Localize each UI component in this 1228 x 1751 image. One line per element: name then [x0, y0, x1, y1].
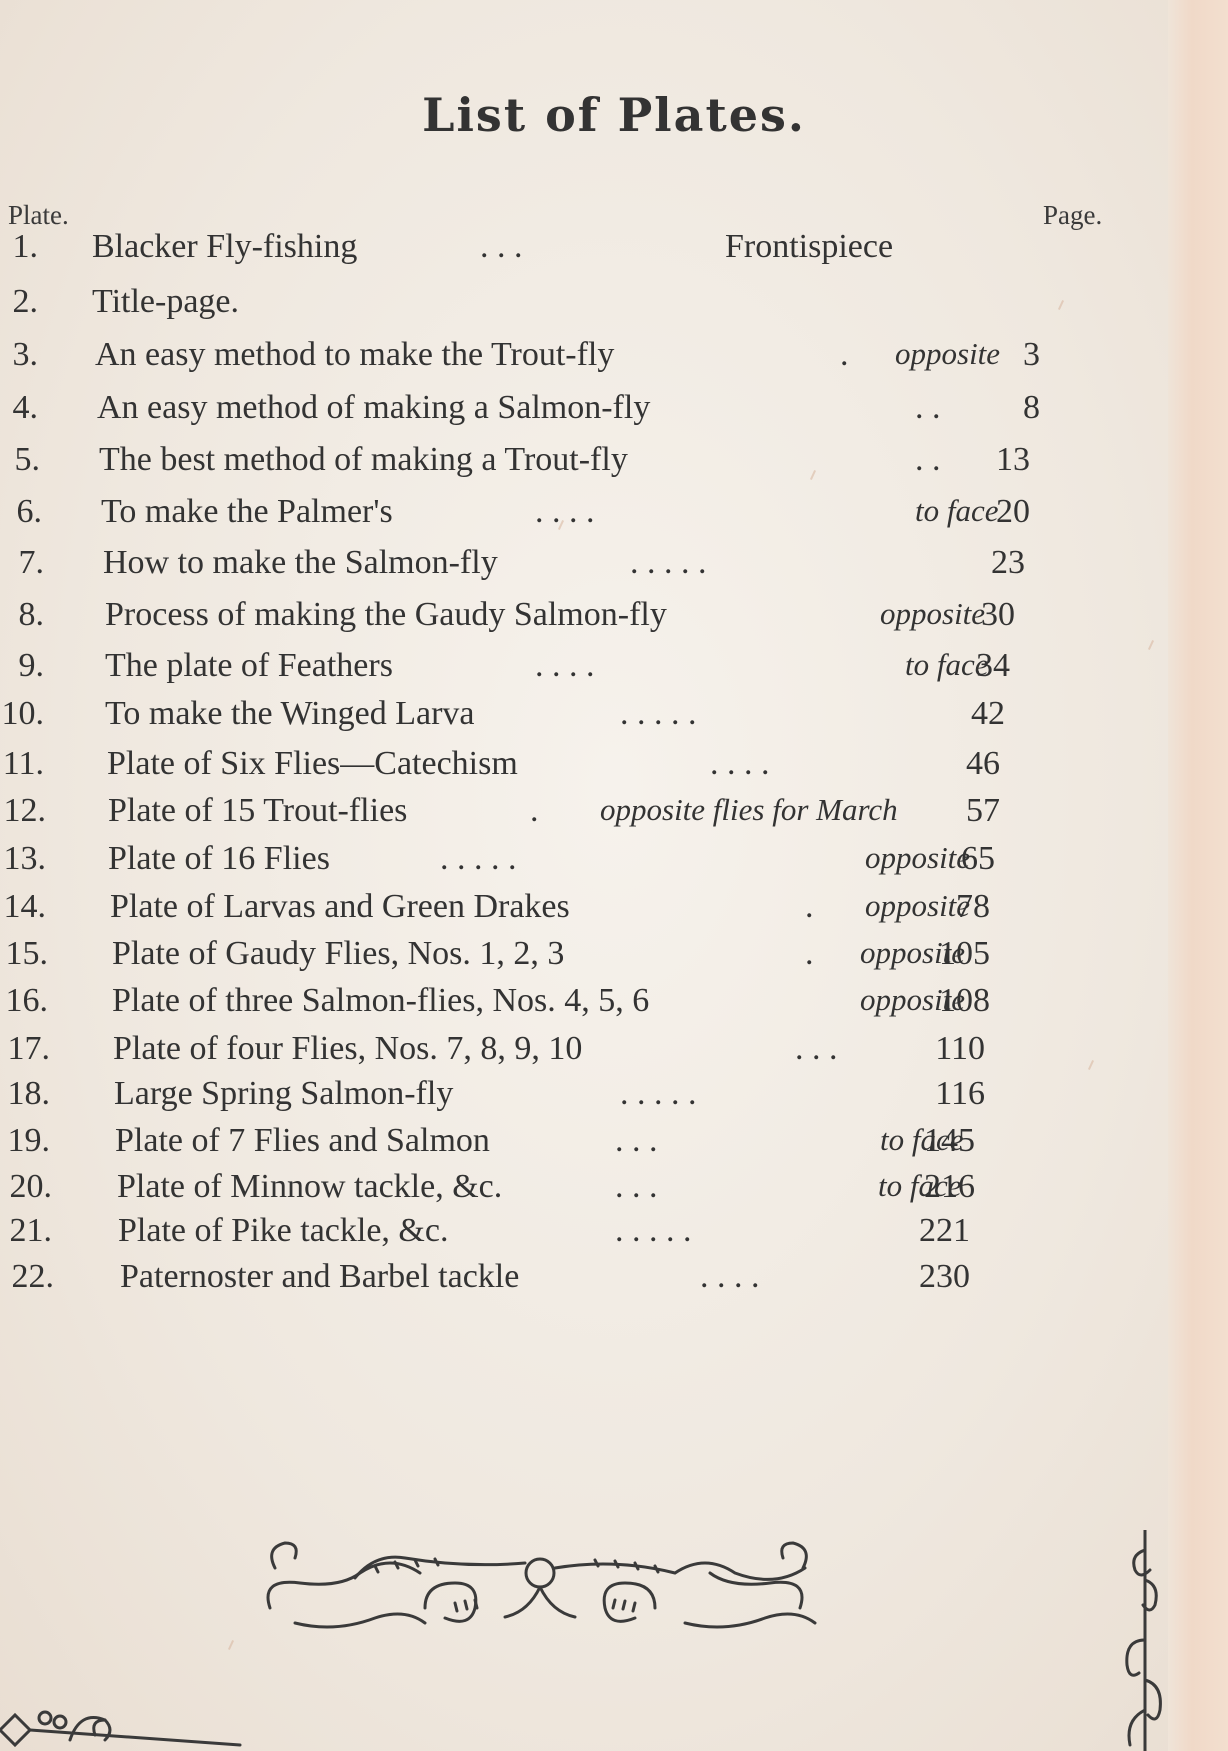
plate-entry: 15.Plate of Gaudy Flies, Nos. 1, 2, 3.op… [0, 935, 1140, 985]
plate-entry: 7.How to make the Salmon-fly. . . . .23 [0, 544, 1140, 594]
plate-entry: 8.Process of making the Gaudy Salmon-fly… [0, 596, 1140, 646]
plate-title: Plate of 16 Flies [108, 840, 330, 878]
page-number: 30 [925, 596, 1015, 634]
leader-dots: . . [915, 441, 941, 479]
plate-entry: 9.The plate of Feathers. . . .to face34 [0, 647, 1140, 697]
paper-fleck [228, 1640, 234, 1650]
page-edge-gutter [1168, 0, 1228, 1751]
leader-dots: . . . . [710, 745, 770, 783]
page-number: Frontispiece [725, 228, 893, 266]
plate-title: An easy method of making a Salmon-fly [97, 389, 650, 427]
plate-entry: 11.Plate of Six Flies—Catechism. . . .46 [0, 745, 1140, 795]
page-number: 20 [940, 493, 1030, 531]
leader-dots: . . . [615, 1168, 658, 1206]
plate-title: To make the Palmer's [101, 493, 393, 531]
page-number: 216 [885, 1168, 975, 1206]
placement-note: opposite flies for March [600, 792, 898, 828]
plate-number: 14. [0, 888, 46, 926]
leader-dots: . . . . [535, 493, 595, 531]
page-number: 13 [940, 441, 1030, 479]
leader-dots: . . . . [535, 647, 595, 685]
plate-entry: 5.The best method of making a Trout-fly.… [0, 441, 1140, 491]
plate-number: 2. [0, 283, 38, 321]
plate-entry: 2.Title-page. [0, 283, 1140, 333]
leader-dots: . . . . . [620, 1075, 697, 1113]
page-number: 78 [900, 888, 990, 926]
plate-number: 9. [0, 647, 44, 685]
page-number: 108 [900, 982, 990, 1020]
paper-fleck [1148, 640, 1154, 650]
plate-title: Plate of four Flies, Nos. 7, 8, 9, 10 [113, 1030, 582, 1068]
plate-number: 5. [0, 441, 40, 479]
plate-entry: 3.An easy method to make the Trout-fly.o… [0, 336, 1140, 386]
page-number: 65 [905, 840, 995, 878]
plate-title: The best method of making a Trout-fly [99, 441, 628, 479]
page-number: 23 [935, 544, 1025, 582]
plate-number: 13. [0, 840, 46, 878]
plate-number: 10. [0, 695, 44, 733]
corner-scroll-ornament-icon [0, 1700, 260, 1751]
book-page: List of Plates. Plate. Page. 1.Blacker F… [0, 0, 1228, 1751]
vertical-vine-ornament-icon [1120, 1530, 1170, 1751]
plate-entry: 20.Plate of Minnow tackle, &c.. . .to fa… [0, 1168, 1140, 1218]
leader-dots: . . . [480, 228, 523, 266]
plate-entry: 10.To make the Winged Larva. . . . .42 [0, 695, 1140, 745]
plate-title: Plate of three Salmon-flies, Nos. 4, 5, … [112, 982, 649, 1020]
page-number: 57 [910, 792, 1000, 830]
page-number: 230 [880, 1258, 970, 1296]
plate-number: 11. [0, 745, 44, 783]
page-number: 8 [950, 389, 1040, 427]
plate-number: 16. [0, 982, 48, 1020]
page-number: 110 [895, 1030, 985, 1068]
plate-title: Plate of Gaudy Flies, Nos. 1, 2, 3 [112, 935, 564, 973]
plate-number: 19. [0, 1122, 50, 1160]
plate-number: 20. [0, 1168, 52, 1206]
plate-title: To make the Winged Larva [105, 695, 474, 733]
plate-number: 18. [0, 1075, 50, 1113]
page-number: 105 [900, 935, 990, 973]
plate-entry: 21.Plate of Pike tackle, &c.. . . . .221 [0, 1212, 1140, 1262]
page-number: 3 [950, 336, 1040, 374]
plate-title: Large Spring Salmon-fly [114, 1075, 453, 1113]
leader-dots: . . . . . [615, 1212, 692, 1250]
plate-entry: 1.Blacker Fly-fishing. . .Frontispiece [0, 228, 1140, 278]
plate-number: 15. [0, 935, 48, 973]
plate-title: Plate of Six Flies—Catechism [107, 745, 518, 783]
leader-dots: . . . . . [440, 840, 517, 878]
plate-number: 6. [0, 493, 42, 531]
plate-title: Title-page. [92, 283, 239, 321]
plate-number: 21. [0, 1212, 52, 1250]
plate-number: 22. [0, 1258, 54, 1296]
plate-entry: 17.Plate of four Flies, Nos. 7, 8, 9, 10… [0, 1030, 1140, 1080]
leader-dots: . . . . [700, 1258, 760, 1296]
plate-number: 1. [0, 228, 38, 266]
plate-entry: 16.Plate of three Salmon-flies, Nos. 4, … [0, 982, 1140, 1032]
plate-number: 4. [0, 389, 38, 427]
page-number: 221 [880, 1212, 970, 1250]
page-number: 46 [910, 745, 1000, 783]
plate-number: 3. [0, 336, 38, 374]
leader-dots: . . . . . [620, 695, 697, 733]
plate-title: Blacker Fly-fishing [92, 228, 357, 266]
leader-dots: . . . [795, 1030, 838, 1068]
plate-entry: 18.Large Spring Salmon-fly. . . . .116 [0, 1075, 1140, 1125]
plate-title: Plate of Minnow tackle, &c. [117, 1168, 502, 1206]
plate-column-header: Plate. [8, 200, 69, 231]
plate-number: 12. [0, 792, 46, 830]
plate-entry: 22.Paternoster and Barbel tackle. . . .2… [0, 1258, 1140, 1308]
plate-title: Process of making the Gaudy Salmon-fly [105, 596, 667, 634]
plate-number: 8. [0, 596, 44, 634]
plate-number: 7. [0, 544, 44, 582]
plate-entry: 12.Plate of 15 Trout-flies.opposite flie… [0, 792, 1140, 842]
page-column-header: Page. [1043, 200, 1102, 231]
plate-title: How to make the Salmon-fly [103, 544, 498, 582]
leader-dots: . [840, 336, 849, 374]
plate-title: Paternoster and Barbel tackle [120, 1258, 519, 1296]
plate-entry: 13.Plate of 16 Flies. . . . .opposite65 [0, 840, 1140, 890]
leader-dots: . [805, 935, 814, 973]
plate-entry: 19.Plate of 7 Flies and Salmon. . .to fa… [0, 1122, 1140, 1172]
scroll-ornament-icon [255, 1528, 825, 1638]
page-title: List of Plates. [0, 88, 1228, 142]
leader-dots: . [530, 792, 539, 830]
leader-dots: . . . . . [630, 544, 707, 582]
page-number: 34 [920, 647, 1010, 685]
plate-entry: 6.To make the Palmer's. . . .to face20 [0, 493, 1140, 543]
plate-title: Plate of 15 Trout-flies [108, 792, 407, 830]
plate-number: 17. [0, 1030, 50, 1068]
leader-dots: . [805, 888, 814, 926]
plate-entry: 4.An easy method of making a Salmon-fly.… [0, 389, 1140, 439]
leader-dots: . . . [615, 1122, 658, 1160]
plate-title: Plate of 7 Flies and Salmon [115, 1122, 490, 1160]
plate-title: An easy method to make the Trout-fly [95, 336, 614, 374]
plate-title: The plate of Feathers [105, 647, 393, 685]
page-number: 145 [885, 1122, 975, 1160]
page-number: 42 [915, 695, 1005, 733]
leader-dots: . . [915, 389, 941, 427]
plate-title: Plate of Pike tackle, &c. [118, 1212, 448, 1250]
plate-title: Plate of Larvas and Green Drakes [110, 888, 570, 926]
plate-entry: 14.Plate of Larvas and Green Drakes.oppo… [0, 888, 1140, 938]
page-number: 116 [895, 1075, 985, 1113]
